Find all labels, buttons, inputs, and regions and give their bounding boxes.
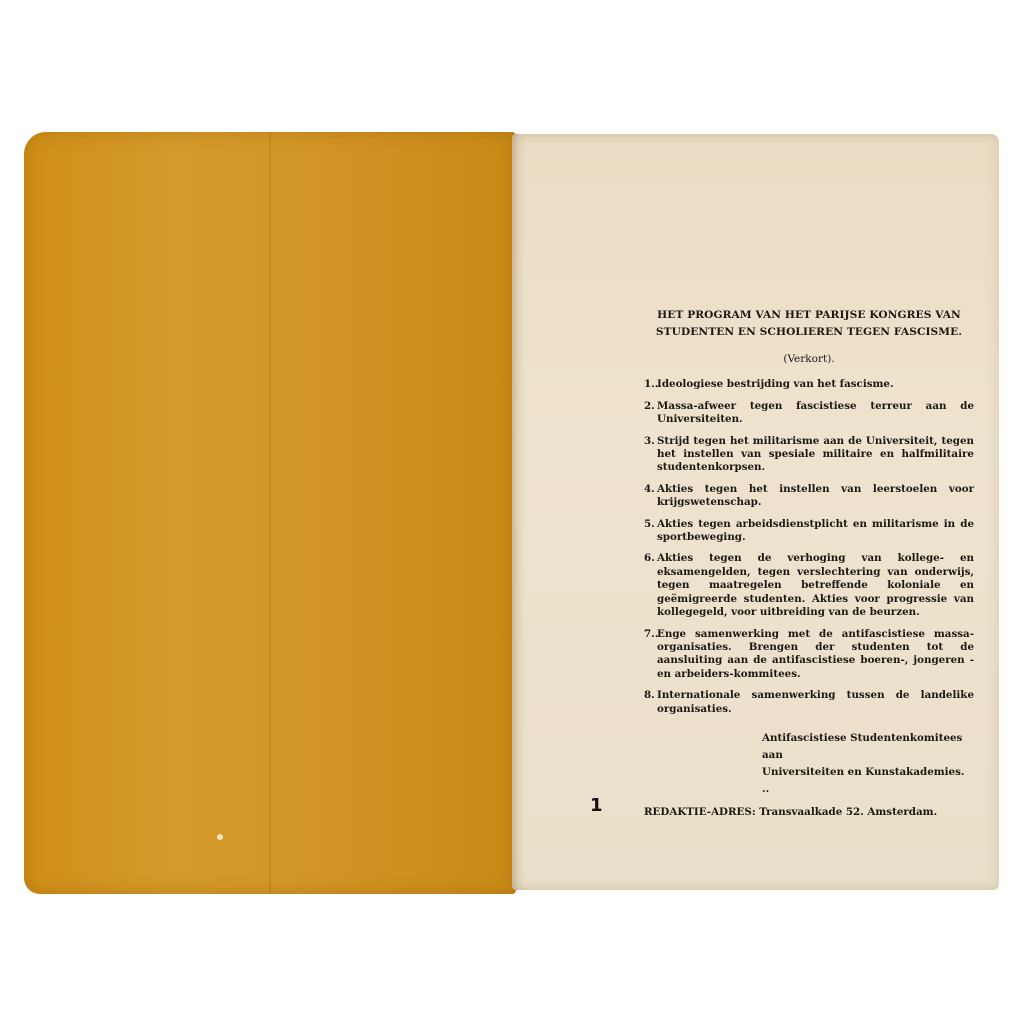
list-item: 2.Massa-afweer tegen fascistiese terreur… <box>644 400 974 427</box>
list-item: 5.Akties tegen arbeidsdienstplicht en mi… <box>644 518 974 545</box>
list-item: 8.Internationale samenwerking tussen de … <box>644 689 974 716</box>
list-item: 6.Akties tegen de verhoging van kollege-… <box>644 552 974 619</box>
title-line-2: STUDENTEN EN SCHOLIEREN TEGEN FASCISME. <box>644 324 974 341</box>
program-list: 1..Ideologiese bestrijding van het fasci… <box>644 378 974 716</box>
orange-cover-page <box>24 132 516 894</box>
subtitle: (Verkort). <box>644 353 974 366</box>
list-item: 1..Ideologiese bestrijding van het fasci… <box>644 378 974 391</box>
list-item: 7..Enge samenwerking met de antifascisti… <box>644 628 974 682</box>
page-content: HET PROGRAM VAN HET PARIJSE KONGRES VAN … <box>644 307 974 819</box>
editorial-address: REDAKTIE-ADRES: Transvaalkade 52. Amster… <box>644 806 974 819</box>
title-line-1: HET PROGRAM VAN HET PARIJSE KONGRES VAN <box>644 307 974 324</box>
list-item: 4.Akties tegen het instellen van leersto… <box>644 483 974 510</box>
signature: Antifascistiese Studentenkomitees aan Un… <box>762 730 974 798</box>
cover-blemish <box>217 834 223 840</box>
signature-line-2: Universiteiten en Kunstakademies. .. <box>762 764 974 798</box>
document-title: HET PROGRAM VAN HET PARIJSE KONGRES VAN … <box>644 307 974 341</box>
list-item: 3.Strijd tegen het militarisme aan de Un… <box>644 435 974 475</box>
page-number: 1 <box>590 795 603 816</box>
signature-line-1: Antifascistiese Studentenkomitees aan <box>762 730 974 764</box>
